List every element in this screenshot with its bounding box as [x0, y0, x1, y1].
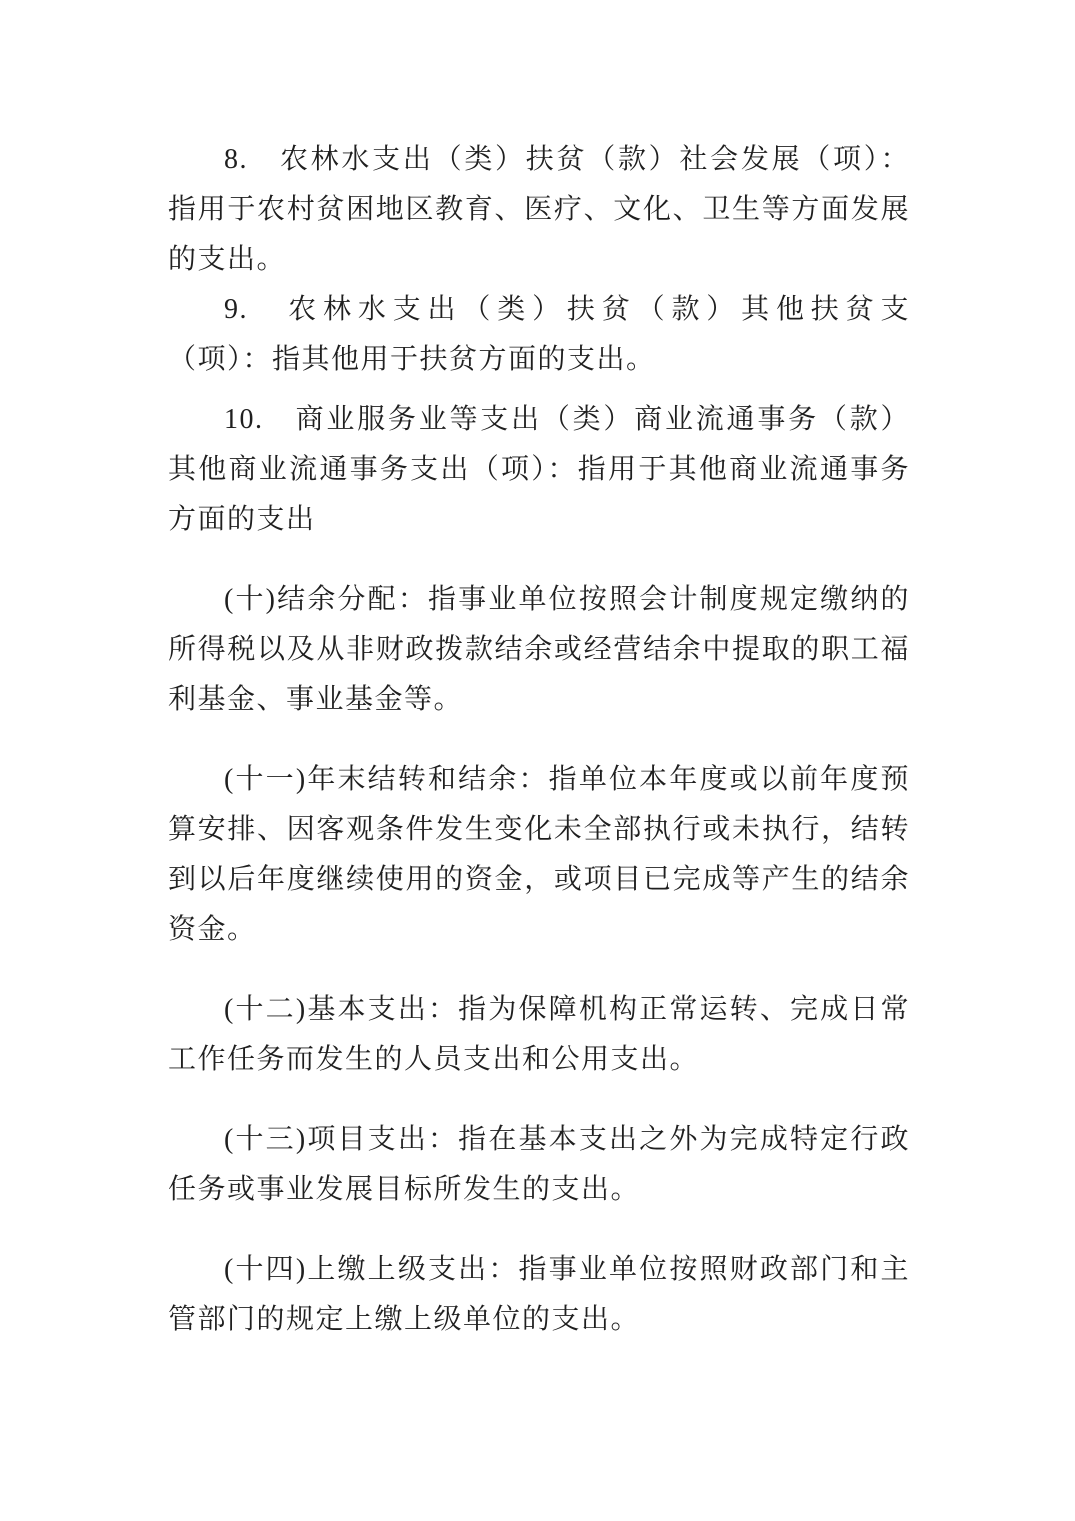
- paragraph-item-10: 10. 商业服务业等支出（类）商业流通事务（款）其他商业流通事务支出（项）：指用…: [168, 395, 910, 545]
- paragraph-item-shisan: (十三)项目支出：指在基本支出之外为完成特定行政任务或事业发展目标所发生的支出。: [168, 1115, 910, 1215]
- document-page: 8. 农林水支出（类）扶贫（款）社会发展（项）：指用于农村贫困地区教育、医疗、文…: [0, 0, 1075, 1521]
- paragraph-item-8: 8. 农林水支出（类）扶贫（款）社会发展（项）：指用于农村贫困地区教育、医疗、文…: [168, 135, 910, 285]
- paragraph-item-shisi: (十四)上缴上级支出：指事业单位按照财政部门和主管部门的规定上缴上级单位的支出。: [168, 1245, 910, 1345]
- paragraph-item-shi: (十)结余分配：指事业单位按照会计制度规定缴纳的所得税以及从非财政拨款结余或经营…: [168, 575, 910, 725]
- paragraph-item-shiyi: (十一)年末结转和结余：指单位本年度或以前年度预算安排、因客观条件发生变化未全部…: [168, 755, 910, 955]
- paragraph-item-shier: (十二)基本支出：指为保障机构正常运转、完成日常工作任务而发生的人员支出和公用支…: [168, 985, 910, 1085]
- paragraph-item-9: 9. 农林水支出（类）扶贫（款）其他扶贫支（项）：指其他用于扶贫方面的支出。: [168, 285, 910, 385]
